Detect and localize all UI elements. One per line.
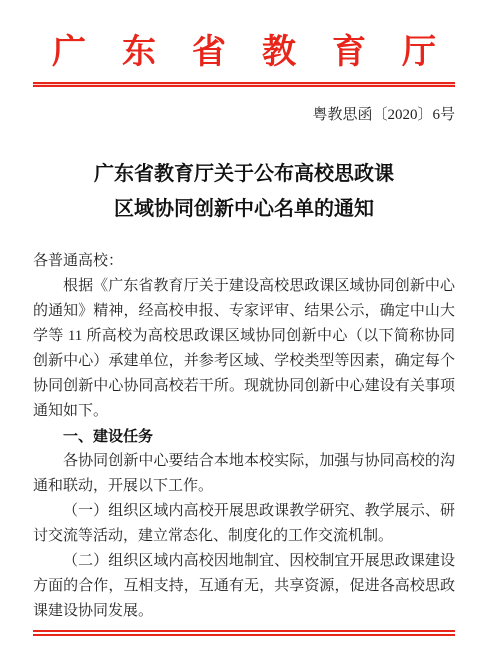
letterhead-divider	[33, 82, 455, 87]
doc-number: 粤教思函〔2020〕6号	[33, 105, 455, 125]
section-1-item-2: （二）组织区域内高校因地制宜、因校制宜开展思政课建设方面的合作，互相支持，互通有…	[33, 549, 455, 624]
document-title-line2: 区域协同创新中心名单的通知	[33, 192, 455, 227]
salutation: 各普通高校：	[33, 249, 455, 274]
document-title: 广东省教育厅关于公布高校思政课 区域协同创新中心名单的通知	[33, 157, 455, 227]
document-title-line1: 广东省教育厅关于公布高校思政课	[33, 157, 455, 192]
document-body: 各普通高校： 根据《广东省教育厅关于建设高校思政课区域协同创新中心的通知》精神，…	[33, 249, 455, 624]
document-page: 广东省教育厅 粤教思函〔2020〕6号 广东省教育厅关于公布高校思政课 区域协同…	[0, 0, 488, 655]
letterhead-org-name: 广东省教育厅	[33, 0, 488, 73]
section-1-heading: 一、建设任务	[33, 424, 455, 449]
section-1-item-1: （一）组织区域内高校开展思政课教学研究、教学展示、研讨交流等活动，建立常态化、制…	[33, 499, 455, 549]
intro-paragraph: 根据《广东省教育厅关于建设高校思政课区域协同创新中心的通知》精神，经高校申报、专…	[33, 274, 455, 424]
footer-divider	[33, 630, 455, 636]
section-1-lead: 各协同创新中心要结合本地本校实际，加强与协同高校的沟通和联动，开展以下工作。	[33, 449, 455, 499]
